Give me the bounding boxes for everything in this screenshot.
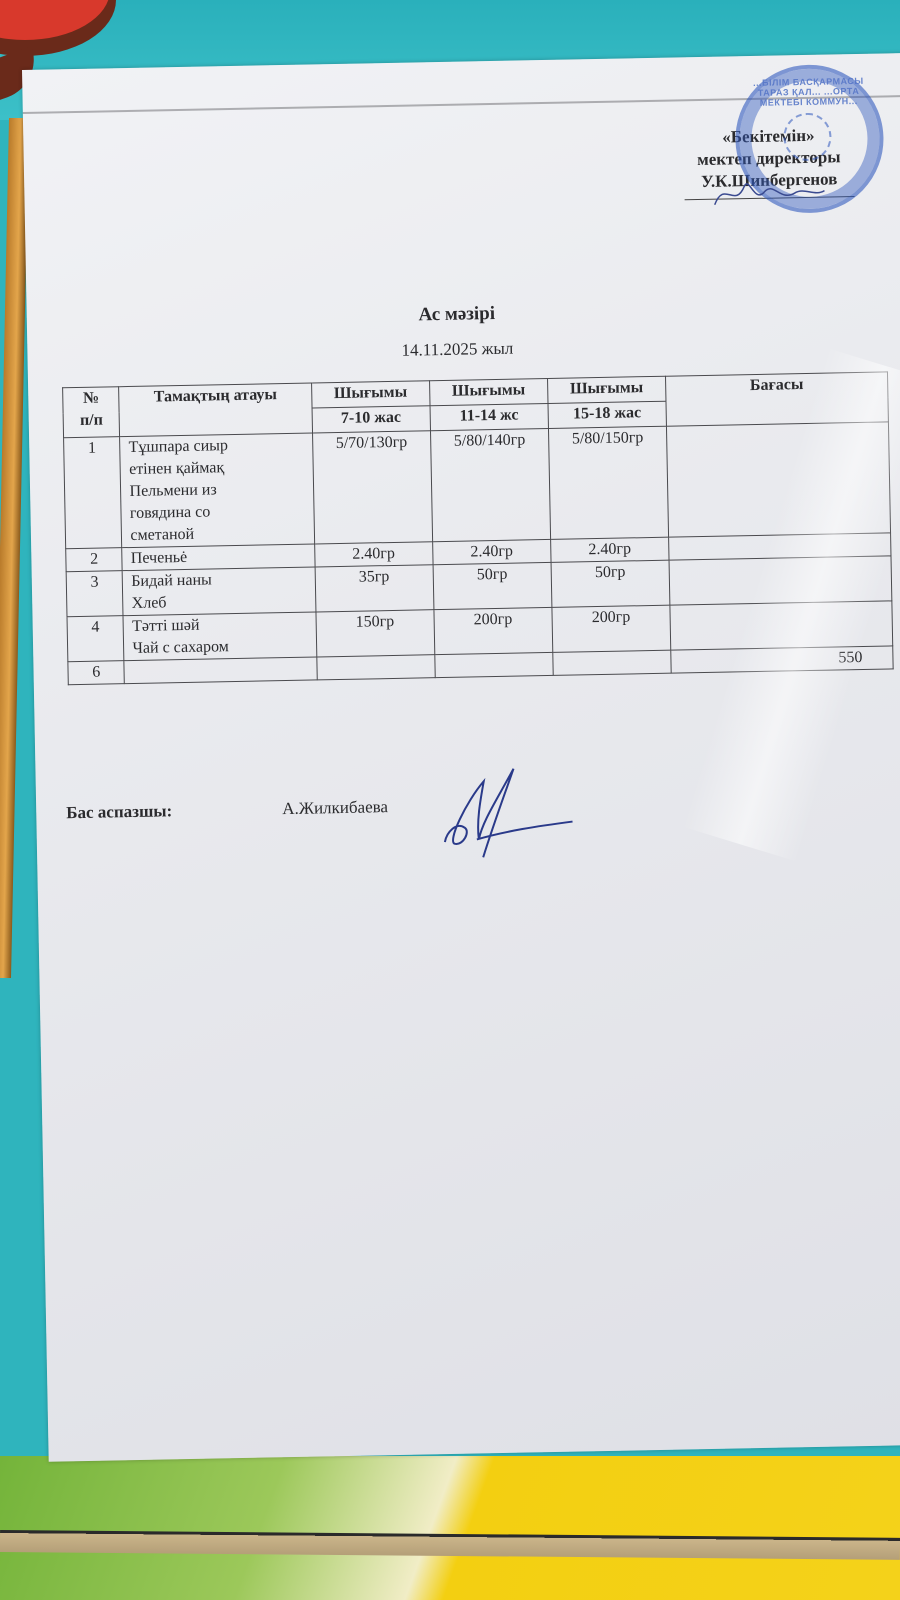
header-portion-3: Шығымы xyxy=(547,376,666,403)
chef-label: Бас аспазшы: xyxy=(66,801,172,823)
dish-name: Тұшпара сиыретінен қаймақПельмени изговя… xyxy=(120,433,314,548)
row-number: 1 xyxy=(64,437,123,549)
row-number: 3 xyxy=(66,571,123,617)
portion-age-group-1: 2.40гр xyxy=(314,542,432,567)
portion-age-group-3: 5/80/150гр xyxy=(548,426,668,539)
dish-name: Тәтті шәйЧай с сахаром xyxy=(123,612,316,661)
header-portion-2: Шығымы xyxy=(429,378,548,405)
portion-age-group-2: 50гр xyxy=(433,562,552,609)
chef-name: А.Жилкибаева xyxy=(282,797,388,819)
portion-age-group-2: 200гр xyxy=(434,607,553,654)
stamp-emblem-icon xyxy=(783,112,832,161)
portion-age-group-3: 200гр xyxy=(552,605,671,652)
table-row: 1Тұшпара сиыретінен қаймақПельмени изгов… xyxy=(64,422,891,549)
dish-name-line: Хлеб xyxy=(131,590,311,615)
header-portion-1: Шығымы xyxy=(311,381,430,408)
menu-sheet: ...БІЛІМ БАСҚАРМАСЫ ТАРАЗ ҚАЛ... ...ОРТА… xyxy=(22,53,900,1462)
header-number: № п/п xyxy=(63,387,120,438)
header-number-abbrev: п/п xyxy=(68,409,116,432)
row-number: 4 xyxy=(67,616,124,662)
portion-age-group-3: 50гр xyxy=(551,560,670,607)
stamp-text: ...БІЛІМ БАСҚАРМАСЫ ТАРАЗ ҚАЛ... ...ОРТА… xyxy=(738,76,879,109)
portion-age-group-1: 35гр xyxy=(315,565,434,612)
chef-signature-icon xyxy=(435,760,577,873)
portion-age-group-3: 2.40гр xyxy=(550,537,668,562)
dish-name xyxy=(124,657,317,684)
row-number: 6 xyxy=(68,661,125,685)
wall-background-bottom xyxy=(0,1456,900,1600)
document-title: Ас мәзірі xyxy=(27,295,887,334)
portion-age-group-1: 150гр xyxy=(316,610,435,657)
dish-name-line: Чай с сахаром xyxy=(132,635,312,660)
dish-name: Бидай наныХлеб xyxy=(123,567,316,616)
header-age-7-10: 7-10 жас xyxy=(312,406,431,433)
header-number-symbol: № xyxy=(67,387,115,410)
row-number: 2 xyxy=(66,548,123,572)
header-age-15-18: 15-18 жас xyxy=(548,401,667,428)
dish-name-line: сметаной xyxy=(130,522,310,547)
director-signature-icon xyxy=(704,172,835,214)
header-age-11-14: 11-14 жс xyxy=(430,403,549,430)
portion-age-group-2: 2.40гр xyxy=(432,539,550,564)
portion-age-group-2 xyxy=(435,652,553,677)
dish-name-line: Печеньė xyxy=(131,545,311,570)
portion-age-group-2: 5/80/140гр xyxy=(430,428,550,541)
document-date: 14.11.2025 жыл xyxy=(27,331,887,368)
portion-age-group-1 xyxy=(317,655,435,680)
portion-age-group-3 xyxy=(553,650,671,675)
header-dish-name: Тамақтың атауы xyxy=(119,383,312,437)
portion-age-group-1: 5/70/130гр xyxy=(312,431,432,544)
